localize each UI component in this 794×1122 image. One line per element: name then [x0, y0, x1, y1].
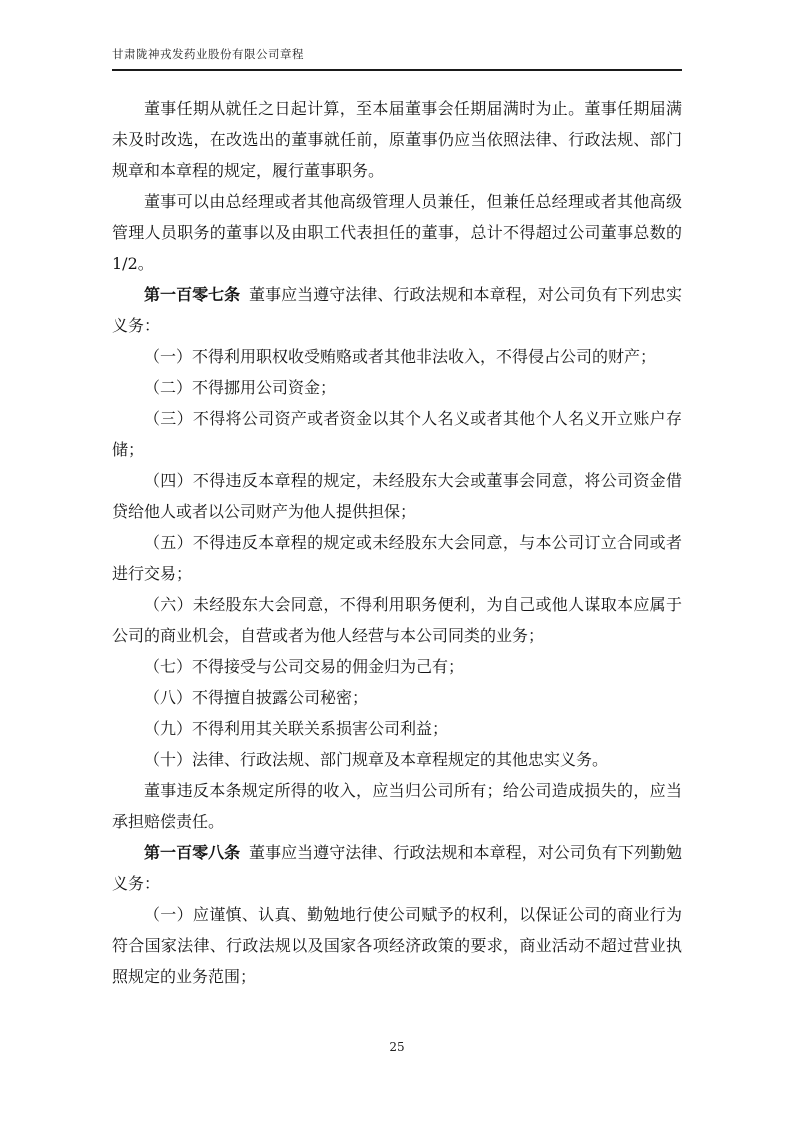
paragraph: （一）应谨慎、认真、勤勉地行使公司赋予的权利，以保证公司的商业行为符合国家法律、… [112, 899, 682, 992]
paragraph: 董事违反本条规定所得的收入，应当归公司所有；给公司造成损失的，应当承担赔偿责任。 [112, 775, 682, 837]
paragraph-text: （四）不得违反本章程的规定，未经股东大会或董事会同意，将公司资金借贷给他人或者以… [112, 471, 682, 521]
paragraph: 第一百零八条董事应当遵守法律、行政法规和本章程，对公司负有下列勤勉义务： [112, 837, 682, 899]
paragraph-text: （九）不得利用其关联关系损害公司利益； [144, 719, 448, 738]
paragraph: （八）不得擅自披露公司秘密； [112, 682, 682, 713]
paragraph: （二）不得挪用公司资金； [112, 372, 682, 403]
paragraph: （五）不得违反本章程的规定或未经股东大会同意，与本公司订立合同或者进行交易； [112, 527, 682, 589]
paragraph: （四）不得违反本章程的规定，未经股东大会或董事会同意，将公司资金借贷给他人或者以… [112, 465, 682, 527]
paragraph-text: （七）不得接受与公司交易的佣金归为己有； [144, 657, 464, 676]
paragraph: （十）法律、行政法规、部门规章及本章程规定的其他忠实义务。 [112, 744, 682, 775]
paragraph-text: 董事可以由总经理或者其他高级管理人员兼任，但兼任总经理或者其他高级管理人员职务的… [112, 192, 682, 273]
header-title: 甘肃陇神戎发药业股份有限公司章程 [112, 46, 682, 69]
page-number: 25 [389, 1040, 404, 1054]
paragraph-text: （六）未经股东大会同意，不得利用职务便利，为自己或他人谋取本应属于公司的商业机会… [112, 595, 682, 645]
paragraph: 第一百零七条董事应当遵守法律、行政法规和本章程，对公司负有下列忠实义务： [112, 279, 682, 341]
page-header: 甘肃陇神戎发药业股份有限公司章程 [112, 46, 682, 71]
paragraph: （三）不得将公司资产或者资金以其个人名义或者其他个人名义开立账户存储； [112, 403, 682, 465]
paragraph: （六）未经股东大会同意，不得利用职务便利，为自己或他人谋取本应属于公司的商业机会… [112, 589, 682, 651]
paragraph-text: （五）不得违反本章程的规定或未经股东大会同意，与本公司订立合同或者进行交易； [112, 533, 682, 583]
paragraph-text: （一）不得利用职权收受贿赂或者其他非法收入，不得侵占公司的财产； [144, 347, 656, 366]
paragraph-text: （十）法律、行政法规、部门规章及本章程规定的其他忠实义务。 [144, 750, 608, 769]
article-number: 第一百零八条 [144, 843, 240, 862]
paragraph-text: 董事任期从就任之日起计算，至本届董事会任期届满时为止。董事任期届满未及时改选，在… [112, 99, 682, 180]
article-number: 第一百零七条 [144, 285, 240, 304]
paragraph-text: （二）不得挪用公司资金； [144, 378, 336, 397]
paragraph: （一）不得利用职权收受贿赂或者其他非法收入，不得侵占公司的财产； [112, 341, 682, 372]
paragraph: （七）不得接受与公司交易的佣金归为己有； [112, 651, 682, 682]
paragraph-text: （八）不得擅自披露公司秘密； [144, 688, 368, 707]
document-body: 董事任期从就任之日起计算，至本届董事会任期届满时为止。董事任期届满未及时改选，在… [112, 93, 682, 992]
paragraph-text: （一）应谨慎、认真、勤勉地行使公司赋予的权利，以保证公司的商业行为符合国家法律、… [112, 905, 682, 986]
page-footer: 25 [0, 1036, 794, 1055]
header-rule [112, 69, 682, 71]
document-page: 甘肃陇神戎发药业股份有限公司章程 董事任期从就任之日起计算，至本届董事会任期届满… [0, 0, 794, 1122]
paragraph-text: 董事违反本条规定所得的收入，应当归公司所有；给公司造成损失的，应当承担赔偿责任。 [112, 781, 682, 831]
paragraph-text: （三）不得将公司资产或者资金以其个人名义或者其他个人名义开立账户存储； [112, 409, 682, 459]
paragraph: （九）不得利用其关联关系损害公司利益； [112, 713, 682, 744]
paragraph: 董事任期从就任之日起计算，至本届董事会任期届满时为止。董事任期届满未及时改选，在… [112, 93, 682, 186]
paragraph: 董事可以由总经理或者其他高级管理人员兼任，但兼任总经理或者其他高级管理人员职务的… [112, 186, 682, 279]
